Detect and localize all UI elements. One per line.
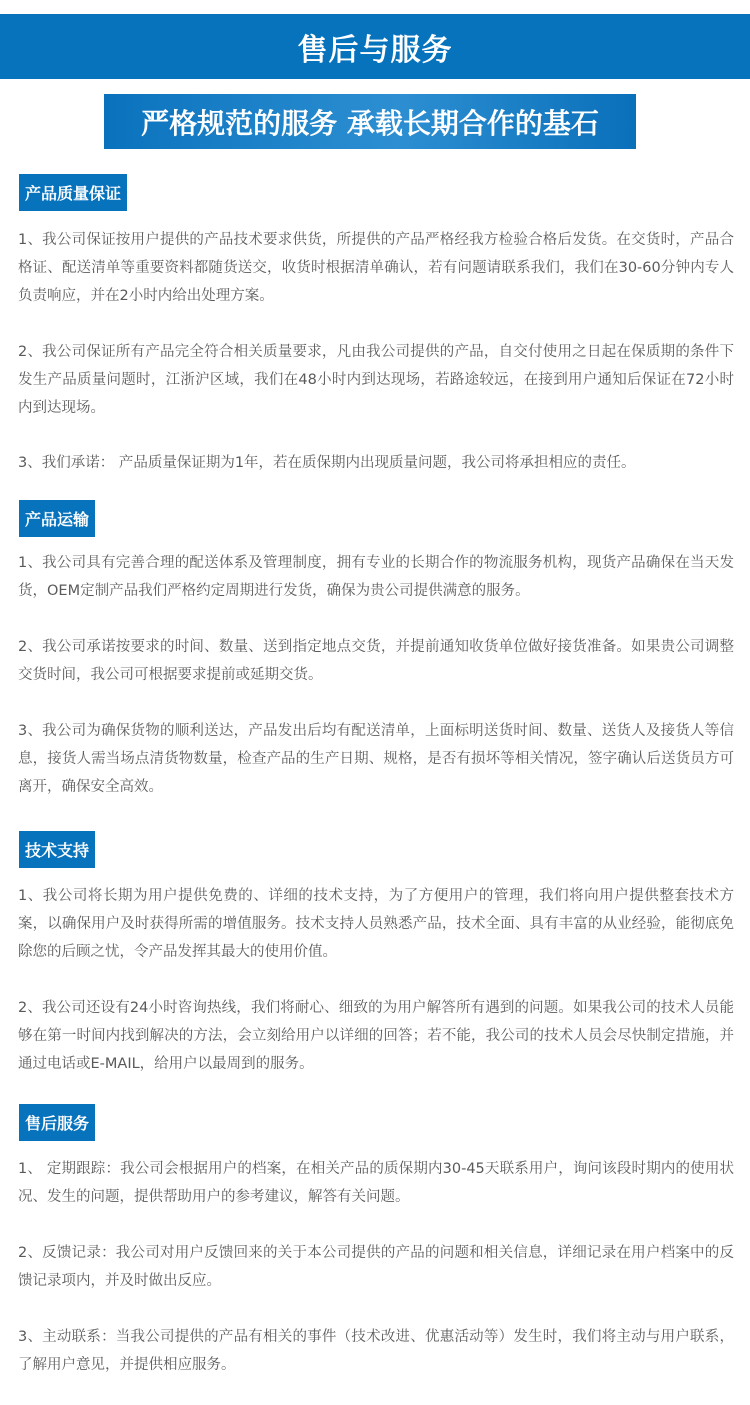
section-tag-after-sales: 售后服务 [19, 1104, 95, 1141]
section-tag-tech-support: 技术支持 [19, 831, 95, 868]
main-header: 售后与服务 [0, 14, 750, 79]
tech-paragraph-2: 2、我公司还设有24小时咨询热线，我们将耐心、细致的为用户解答所有遇到的问题。如… [18, 994, 734, 1078]
after-sales-paragraph-3: 3、主动联系：当我公司提供的产品有相关的事件（技术改进、优惠活动等）发生时，我们… [18, 1323, 734, 1379]
after-sales-paragraph-1: 1、 定期跟踪：我公司会根据用户的档案，在相关产品的质保期内30-45天联系用户… [18, 1155, 734, 1211]
transport-paragraph-2: 2、我公司承诺按要求的时间、数量、送到指定地点交货，并提前通知收货单位做好接货准… [18, 633, 734, 689]
transport-paragraph-1: 1、我公司具有完善合理的配送体系及管理制度，拥有专业的长期合作的物流服务机构，现… [18, 549, 734, 605]
transport-paragraph-3: 3、我公司为确保货物的顺利送达，产品发出后均有配送清单，上面标明送货时间、数量、… [18, 717, 734, 801]
subtitle: 严格规范的服务 承载长期合作的基石 [141, 102, 599, 142]
after-sales-paragraph-2: 2、反馈记录：我公司对用户反馈回来的关于本公司提供的产品的问题和相关信息，详细记… [18, 1239, 734, 1295]
quality-paragraph-1: 1、我公司保证按用户提供的产品技术要求供货，所提供的产品严格经我方检验合格后发货… [18, 226, 734, 310]
tech-paragraph-1: 1、我公司将长期为用户提供免费的、详细的技术支持，为了方便用户的管理，我们将向用… [18, 882, 734, 966]
subtitle-banner: 严格规范的服务 承载长期合作的基石 [104, 94, 636, 149]
quality-paragraph-3: 3、我们承诺： 产品质量保证期为1年，若在质保期内出现质量问题，我公司将承担相应… [18, 449, 734, 477]
section-tag-quality: 产品质量保证 [19, 174, 127, 211]
page-title: 售后与服务 [298, 25, 453, 69]
section-tag-transport: 产品运输 [19, 500, 95, 537]
quality-paragraph-2: 2、我公司保证所有产品完全符合相关质量要求，凡由我公司提供的产品，自交付使用之日… [18, 338, 734, 422]
